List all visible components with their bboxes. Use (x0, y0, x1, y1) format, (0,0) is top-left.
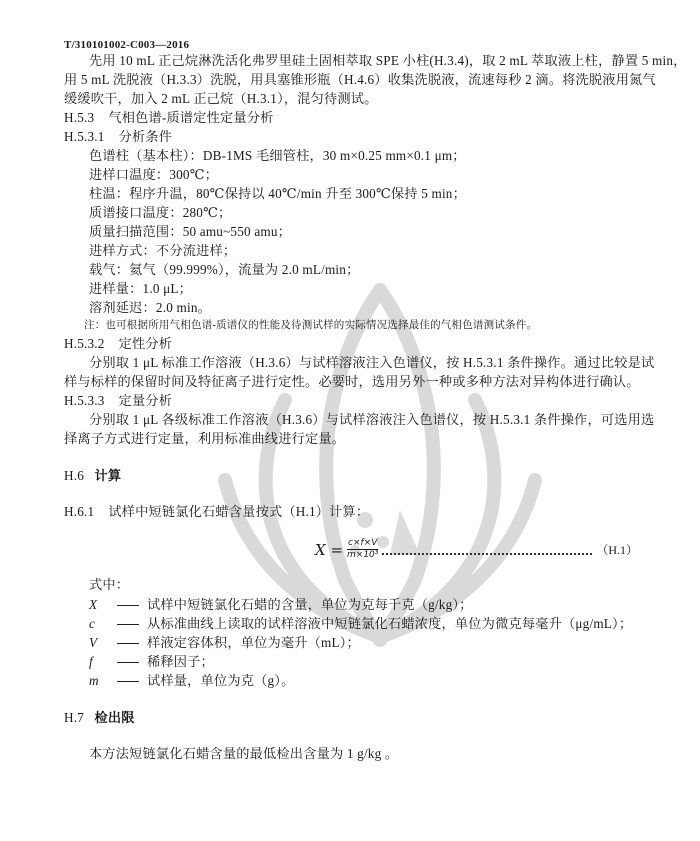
h533-line-2: 择离子方式进行定量，利用标准曲线进行定量。 (64, 430, 345, 448)
variable-description: 从标准曲线上读取的试样溶液中短链氯化石蜡浓度，单位为微克每毫升（μg/mL）； (147, 616, 632, 631)
detection-limit-text: 本方法短链氯化石蜡含量的最低检出含量为 1 g/kg 。 (89, 745, 398, 763)
variable-symbol: c (89, 615, 117, 633)
section-number: H.5.3.2 (64, 336, 105, 351)
formula-lhs: X = (315, 541, 343, 559)
section-h532-heading: H.5.3.2 定性分析 (64, 335, 172, 353)
section-h531-heading: H.5.3.1 分析条件 (64, 128, 172, 146)
where-item-V: V样液定容体积，单位为毫升（mL）； (89, 634, 360, 652)
equation-number: （H.1） (596, 541, 638, 558)
where-item-m: m试样量，单位为克（g）。 (89, 672, 294, 690)
section-number: H.6.1 (64, 504, 94, 519)
variable-symbol: V (89, 634, 117, 652)
intro-line-3: 缓缓吹干，加入 2 mL 正己烷（H.3.1），混匀待测试。 (64, 90, 378, 108)
section-title: 定性分析 (119, 336, 173, 351)
section-number: H.5.3.1 (64, 129, 105, 144)
section-h533-heading: H.5.3.3 定量分析 (64, 392, 172, 410)
condition-scan-range: 质量扫描范围：50 amu~550 amu； (89, 223, 291, 241)
variable-description: 试样中短链氯化石蜡的含量，单位为克每千克（g/kg）； (147, 597, 473, 612)
formula-denominator: m×10³ (347, 550, 378, 561)
variable-description: 稀释因子； (147, 654, 214, 669)
h532-line-2: 样与标样的保留时间及特征离子进行定性。必要时，选用另外一种或多种方法对异构体进行… (64, 373, 640, 391)
section-h61-heading: H.6.1 试样中短链氯化石蜡含量按式（H.1）计算： (64, 503, 369, 521)
condition-column: 色谱柱（基本柱）：DB-1MS 毛细管柱，30 m×0.25 mm×0.1 μm… (89, 147, 466, 165)
section-title: 检出限 (95, 710, 135, 725)
variable-description: 样液定容体积，单位为毫升（mL）； (147, 635, 360, 650)
formula-h1: X = c×f×V m×10³ （H.1） (315, 538, 638, 561)
condition-solvent-delay: 溶剂延迟：2.0 min。 (89, 299, 211, 317)
section-title: 分析条件 (119, 129, 173, 144)
section-h6-heading: H.6 计算 (64, 467, 121, 485)
section-number: H.5.3 (64, 110, 94, 125)
where-item-f: f稀释因子； (89, 653, 214, 671)
section-title: 定量分析 (119, 393, 173, 408)
section-h7-heading: H.7 检出限 (64, 709, 135, 727)
condition-injection-mode: 进样方式：不分流进样； (89, 242, 236, 260)
where-intro: 式中： (89, 576, 129, 594)
intro-line-2: 用 5 mL 洗脱液（H.3.3）洗脱，用具塞锥形瓶（H.4.6）收集洗脱液，流… (64, 71, 656, 89)
lotus-watermark-icon (215, 280, 545, 650)
section-title: 试样中短链氯化石蜡含量按式（H.1）计算： (108, 504, 369, 519)
h532-line-1: 分别取 1 μL 标准工作溶液（H.3.6）与试样溶液注入色谱仪，按 H.5.3… (89, 354, 654, 372)
section-h53-heading: H.5.3 气相色谱-质谱定性定量分析 (64, 109, 274, 127)
condition-oven-program: 柱温：程序升温，80℃保持以 40℃/min 升至 300℃保持 5 min； (89, 185, 466, 203)
em-dash (117, 605, 139, 606)
em-dash (117, 662, 139, 663)
condition-injection-volume: 进样量：1.0 μL； (89, 280, 192, 298)
where-item-X: X试样中短链氯化石蜡的含量，单位为克每千克（g/kg）； (89, 596, 473, 614)
condition-interface-temp: 质谱接口温度：280℃； (89, 204, 231, 222)
section-title: 气相色谱-质谱定性定量分析 (108, 110, 273, 125)
leader-dots (382, 553, 592, 555)
em-dash (117, 643, 139, 644)
em-dash (117, 624, 139, 625)
section-number: H.5.3.3 (64, 393, 105, 408)
formula-numerator: c×f×V (347, 538, 378, 550)
variable-symbol: m (89, 672, 117, 690)
intro-line-1: 先用 10 mL 正己烷淋洗活化弗罗里硅土固相萃取 SPE 小柱(H.3.4)，… (89, 52, 687, 70)
variable-symbol: f (89, 653, 117, 671)
em-dash (117, 681, 139, 682)
where-item-c: c从标准曲线上读取的试样溶液中短链氯化石蜡浓度，单位为微克每毫升（μg/mL）； (89, 615, 632, 633)
h533-line-1: 分别取 1 μL 各级标准工作溶液（H.3.6）与试样溶液注入色谱仪，按 H.5… (89, 411, 654, 429)
section-number: H.6 (64, 468, 84, 483)
condition-inlet-temp: 进样口温度：300℃； (89, 166, 218, 184)
condition-carrier-gas: 载气：氦气（99.999%），流量为 2.0 mL/min； (89, 261, 359, 279)
section-title: 计算 (95, 468, 122, 483)
variable-description: 试样量，单位为克（g）。 (147, 673, 294, 688)
variable-symbol: X (89, 596, 117, 614)
note: 注：也可根据所用气相色谱-质谱仪的性能及待测试样的实际情况选择最佳的气相色谱测试… (84, 317, 537, 335)
formula-fraction: c×f×V m×10³ (347, 538, 378, 561)
section-number: H.7 (64, 710, 84, 725)
